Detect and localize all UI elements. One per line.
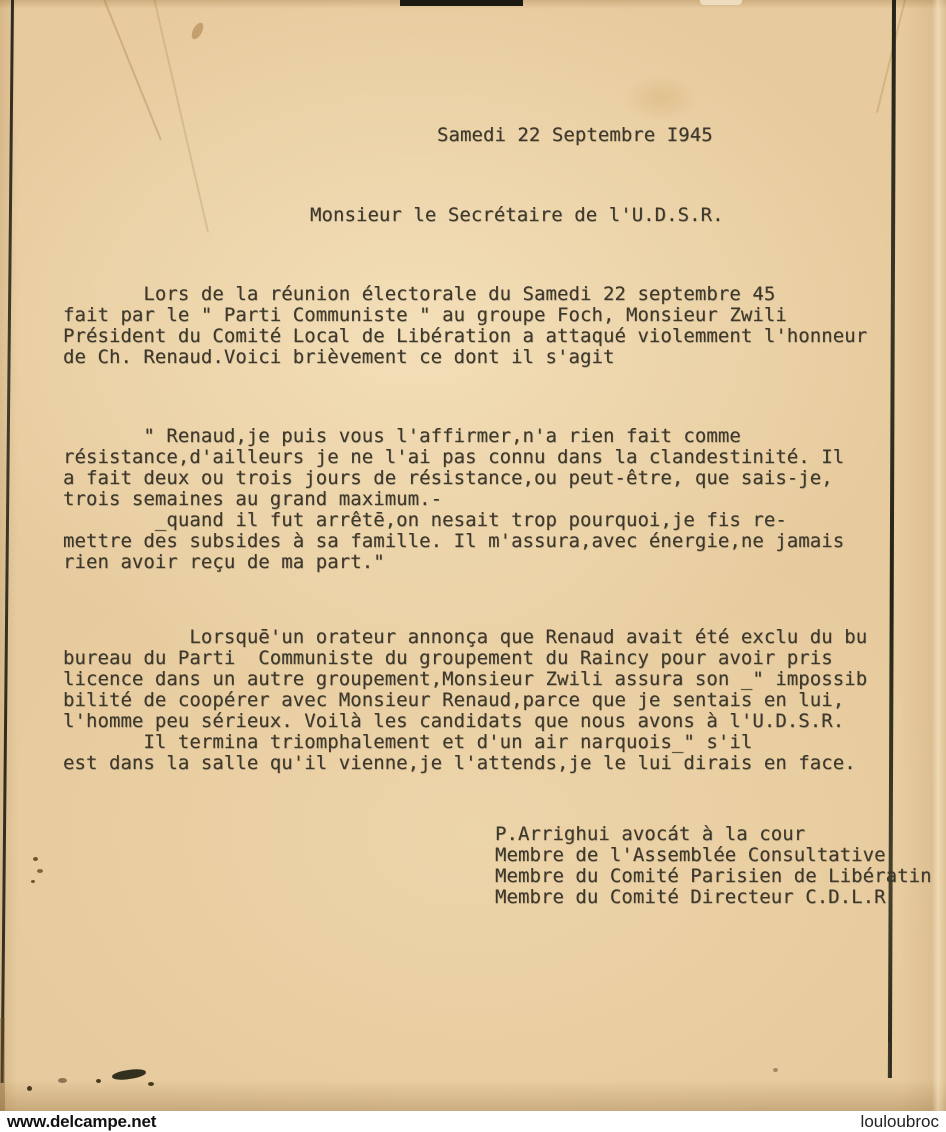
signature-block: P.Arrighui avocát à la cour Membre de l'… — [495, 824, 903, 908]
ink-speck — [148, 1082, 154, 1086]
letter-paragraph: " Renaud,je puis vous l'affirmer,n'a rie… — [63, 426, 903, 573]
ink-speck — [96, 1079, 101, 1083]
ink-speck — [27, 1086, 32, 1091]
ink-speck — [37, 869, 43, 873]
watermark-bar: www.delcampe.net louloubroc — [0, 1111, 946, 1132]
watermark-site-label: www.delcampe.net — [7, 1112, 156, 1132]
paper-edge-streak — [0, 1018, 5, 1114]
paper-edge-notch — [700, 0, 742, 5]
watermark-seller-label: louloubroc — [861, 1112, 939, 1132]
letter-date: Samedi 22 Septembre I945 — [437, 125, 903, 146]
ink-speck — [58, 1078, 67, 1083]
letter-paragraph: Lorsquē'un orateur annonça que Renaud av… — [63, 627, 903, 774]
letter-paragraph: Lors de la réunion électorale du Samedi … — [63, 284, 903, 368]
letter-salutation: Monsieur le Secrétaire de l'U.D.S.R. — [310, 205, 903, 226]
scan-black-bar — [400, 0, 523, 6]
right-rule-line-stub — [888, 1042, 890, 1078]
typed-letter: Samedi 22 Septembre I945 Monsieur le Sec… — [63, 83, 903, 929]
scanned-letter-page: { "document_type": "scanned typewritten … — [0, 0, 946, 1132]
ink-speck — [773, 1068, 778, 1072]
ink-speck — [31, 880, 35, 883]
ink-speck — [33, 857, 38, 861]
